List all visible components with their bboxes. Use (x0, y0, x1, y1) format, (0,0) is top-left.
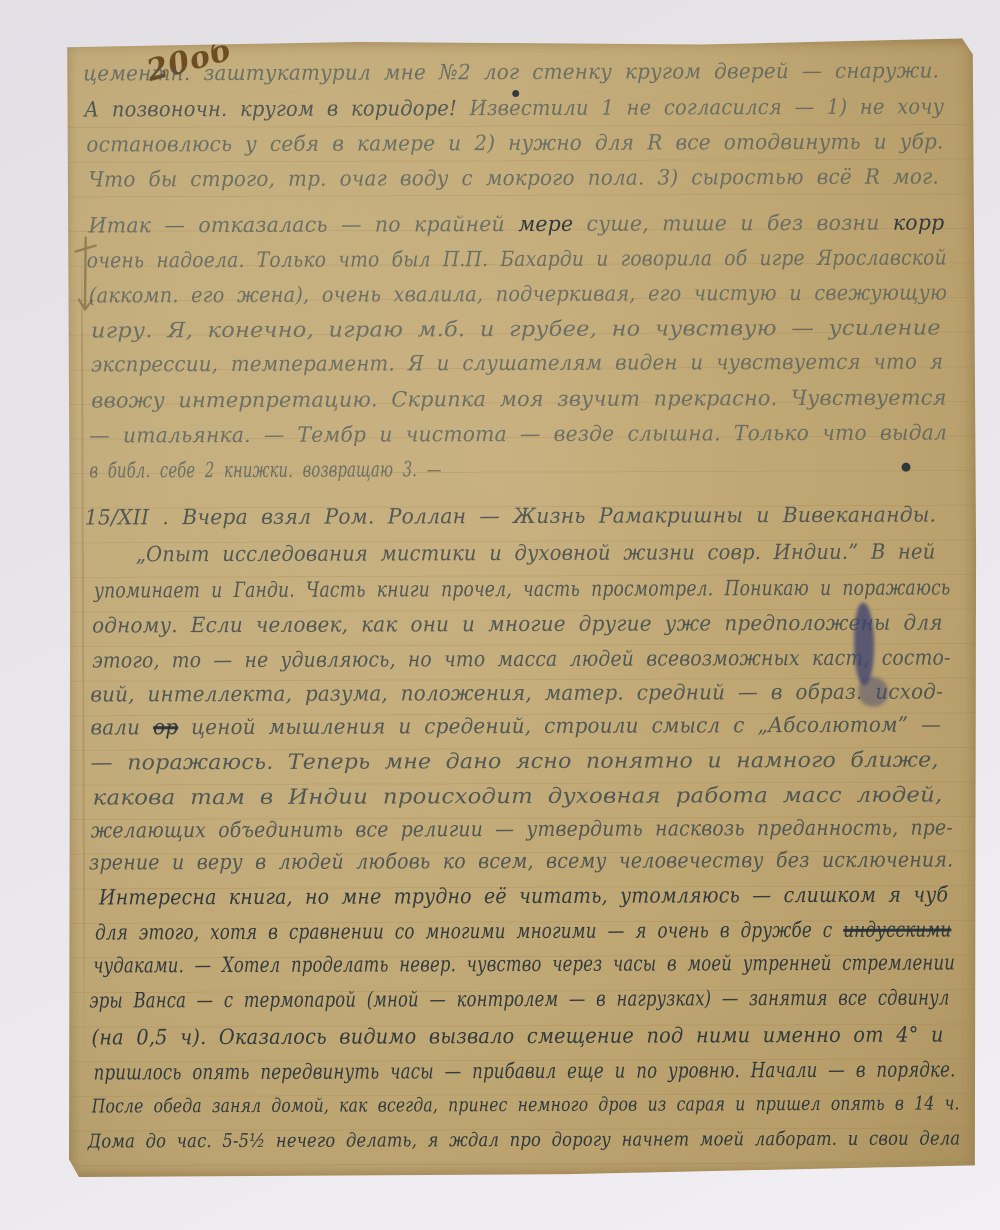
handwriting-text: (аккомп. его жена), очень хвалила, подче… (89, 281, 947, 308)
handwriting-line: Интересна книга, но мне трудно её читать… (99, 884, 1000, 908)
handwriting-text: — поражаюсь. Теперь мне дано ясно понятн… (90, 748, 938, 775)
handwriting-text: Итак — отказалась — по крайней (89, 212, 519, 237)
handwriting-line: Итак — отказалась — по крайней мере суше… (89, 212, 967, 236)
handwriting-text: одному. Если человек, как они и многие д… (92, 611, 943, 638)
handwriting-line: в библ. себе 2 книжки. возвращаю 3. — (89, 459, 589, 482)
handwriting-line: игру. Я, конечно, играю м.б. и грубее, н… (91, 318, 884, 342)
handwriting-line: какова там в Индии происходит духовная р… (93, 785, 875, 809)
handwriting-text: (на 0,5 ч). Оказалось видимо вызвало сме… (91, 1023, 943, 1050)
handwriting-line: — поражаюсь. Теперь мне дано ясно понятн… (91, 750, 896, 774)
handwriting-line: вий, интеллекта, разума, положения, мате… (90, 681, 990, 705)
handwriting-text: этого, то — не удивляюсь, но что масса л… (92, 646, 950, 673)
handwriting-text: 15/XII . Вчера взял Ром. Роллан — Жизнь … (85, 503, 937, 530)
handwriting-line: (аккомп. его жена), очень хвалила, подче… (89, 282, 1000, 306)
handwriting-text: чудаками. — Хотел проделать невер. чувст… (93, 950, 955, 977)
handwriting-text: остановлюсь у себя в камере и 2) нужно д… (86, 130, 943, 157)
handwriting-text: Что бы строго, тр. очаг воду с мокрого п… (88, 165, 938, 192)
handwriting-text: пришлось опять передвинуть часы — прибав… (94, 1057, 956, 1084)
handwriting-text: Известили 1 не согласился — 1) не хочу (457, 95, 944, 121)
handwriting-text: зрение и веру в людей любовь ко всем, вс… (89, 847, 953, 874)
handwriting-text: игру. Я, конечно, играю м.б. и грубее, н… (91, 316, 941, 343)
handwriting-line: После обеда занял домой, как всегда, при… (92, 1094, 1000, 1117)
handwriting-text: ор (153, 715, 178, 739)
handwriting-text: очень надоела. Только что был П.П. Бахар… (87, 246, 947, 273)
handwriting-line: А позвоночн. кругом в коридоре! Известил… (84, 96, 1000, 120)
handwriting-text: — итальянка. — Тембр и чистота — везде с… (89, 421, 947, 448)
handwriting-line: этого, то — не удивляюсь, но что масса л… (92, 647, 1000, 671)
handwriting-text: желающих объединить все религии — утверд… (91, 815, 953, 842)
handwriting-line: желающих объединить все религии — утверд… (91, 817, 1000, 841)
paper-sheet: 20об цементн. заштукатурил мне №2 лог ст… (64, 38, 979, 1177)
handwriting-text: Дома до час. 5-5½ нечего делать, я ждал … (88, 1127, 961, 1152)
handwriting-line: эры Ванса — с термопарой (мной — контрол… (89, 987, 1000, 1012)
handwriting-text: какова там в Индии происходит духовная р… (93, 783, 943, 810)
handwriting-line: 15/XII . Вчера взял Ром. Роллан — Жизнь … (85, 504, 964, 528)
handwriting-line: чудаками. — Хотел проделать невер. чувст… (93, 952, 1000, 977)
handwriting-layer: цементн. заштукатурил мне №2 лог стенку … (64, 38, 979, 1177)
handwriting-line: зрение и веру в людей любовь ко всем, вс… (89, 849, 1000, 873)
scanned-manuscript-page: 20об цементн. заштукатурил мне №2 лог ст… (0, 0, 1000, 1230)
handwriting-text: в библ. себе 2 книжки. возвращаю 3. — (89, 457, 441, 482)
handwriting-text: эры Ванса — с термопарой (мной — контрол… (89, 986, 949, 1013)
handwriting-text: индусскими (843, 918, 951, 942)
handwriting-line: цементн. заштукатурил мне №2 лог стенку … (83, 60, 982, 84)
handwriting-line: для этого, хотя в сравнении со многими м… (95, 919, 1000, 944)
handwriting-line: Дома до час. 5-5½ нечего делать, я ждал … (88, 1129, 1000, 1152)
handwriting-text: упоминает и Ганди. Часть книги прочел, ч… (94, 576, 951, 603)
handwriting-line: ввожу интерпретацию. Скрипка моя звучит … (91, 387, 953, 411)
handwriting-text: А позвоночн. кругом в коридоре! (84, 96, 457, 121)
handwriting-text: корр (893, 211, 945, 235)
handwriting-text: ввожу интерпретацию. Скрипка моя звучит … (91, 386, 946, 413)
handwriting-line: упоминает и Ганди. Часть книги прочел, ч… (94, 577, 1000, 602)
handwriting-text: мере (518, 212, 573, 236)
handwriting-line: — итальянка. — Тембр и чистота — везде с… (89, 422, 977, 446)
handwriting-line: „Опыт исследования мистики и духовной жи… (136, 541, 999, 565)
handwriting-text: экспрессии, темперамент. Я и слушателям … (91, 350, 943, 377)
handwriting-line: очень надоела. Только что был П.П. Бахар… (87, 247, 1000, 271)
handwriting-line: пришлось опять передвинуть часы — прибав… (94, 1059, 1000, 1084)
handwriting-text: суше, тише и без возни (573, 211, 893, 236)
handwriting-line: вали ор ценой мышления и средений, строи… (90, 714, 987, 738)
handwriting-line: остановлюсь у себя в камере и 2) нужно д… (86, 131, 985, 155)
handwriting-text: ценой мышления и средений, строили смысл… (178, 713, 941, 740)
handwriting-text: вали (90, 715, 153, 739)
handwriting-line: Что бы строго, тр. очаг воду с мокрого п… (88, 166, 981, 190)
handwriting-text: для этого, хотя в сравнении со многими м… (95, 918, 843, 945)
handwriting-text: Интересна книга, но мне трудно её читать… (99, 883, 948, 910)
handwriting-line: (на 0,5 ч). Оказалось видимо вызвало сме… (91, 1024, 1000, 1048)
handwriting-text: цементн. заштукатурил мне №2 лог стенку … (83, 59, 939, 86)
handwriting-text: вий, интеллекта, разума, положения, мате… (90, 680, 943, 707)
handwriting-text: После обеда занял домой, как всегда, при… (92, 1092, 960, 1117)
handwriting-line: одному. Если человек, как они и многие д… (92, 612, 986, 636)
handwriting-line: экспрессии, темперамент. Я и слушателям … (91, 351, 996, 375)
handwriting-text: „Опыт исследования мистики и духовной жи… (136, 540, 936, 567)
